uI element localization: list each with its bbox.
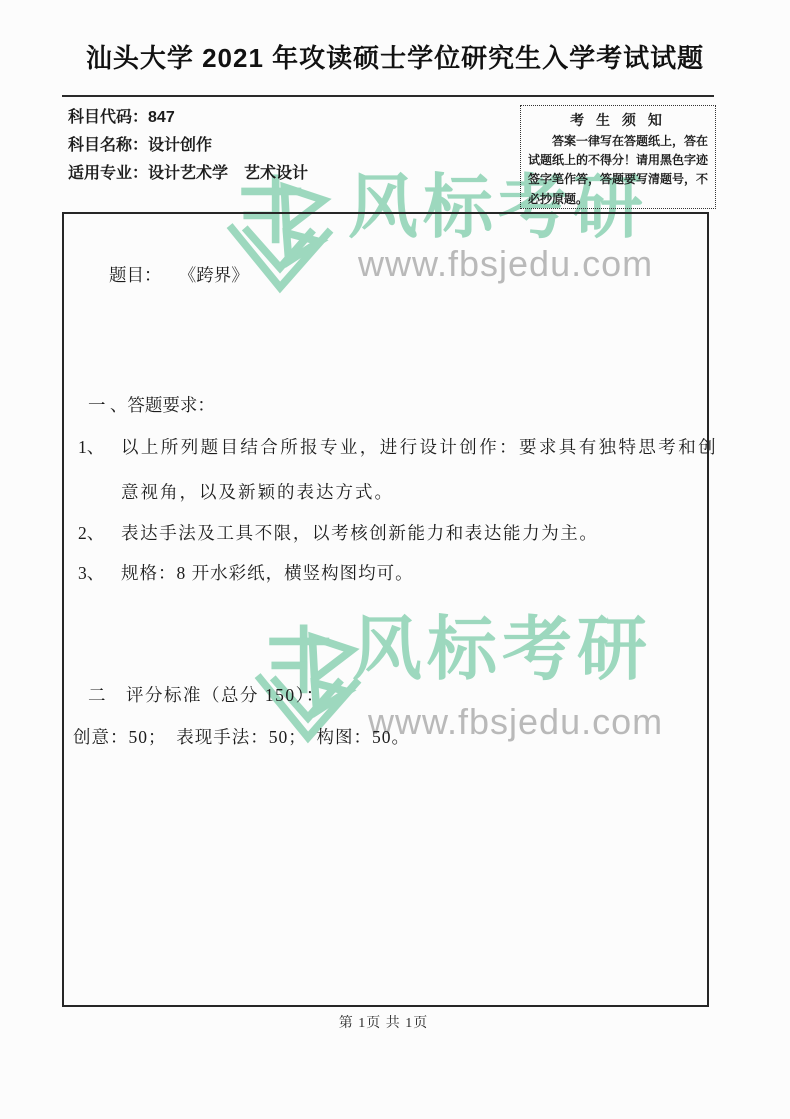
question-label: 题目： xyxy=(109,265,162,285)
notice-body: 答案一律写在答题纸上，答在试题纸上的不得分！请用黑色字迹签字笔作答，答题要写清题… xyxy=(528,132,708,209)
candidate-notice-box: 考 生 须 知 答案一律写在答题纸上，答在试题纸上的不得分！请用黑色字迹签字笔作… xyxy=(520,105,716,209)
applicable-major-value: 设计艺术学 艺术设计 xyxy=(148,165,308,182)
exam-content-box: 题目：《跨界》 一 、答题要求： 1、 以上所列题目结合所报专业，进行设计创作：… xyxy=(62,212,709,1007)
subject-code-line: 科目代码：847 xyxy=(68,104,308,132)
subject-name-label: 科目名称： xyxy=(68,137,148,154)
subject-code-label: 科目代码： xyxy=(68,109,148,126)
question-title: 《跨界》 xyxy=(188,265,249,285)
item1-number: 1、 xyxy=(78,434,104,459)
item2-number: 2、 xyxy=(78,520,104,545)
item3-text: 规格：8 开水彩纸，横竖构图均可。 xyxy=(121,560,414,585)
section1-heading: 一 、答题要求： xyxy=(88,392,215,417)
notice-title: 考 生 须 知 xyxy=(528,110,708,130)
item3-number: 3、 xyxy=(78,560,104,585)
title-divider xyxy=(62,95,714,97)
subject-name-line: 科目名称：设计创作 xyxy=(68,132,308,160)
subject-code-value: 847 xyxy=(148,109,175,126)
subject-name-value: 设计创作 xyxy=(148,137,212,154)
score-breakdown: 创意：50； 表现手法：50； 构图：50。 xyxy=(73,724,410,749)
question-line: 题目：《跨界》 xyxy=(109,262,249,287)
page-title: 汕头大学 2021 年攻读硕士学位研究生入学考试试题 xyxy=(0,38,790,75)
item2-text: 表达手法及工具不限，以考核创新能力和表达能力为主。 xyxy=(121,520,599,545)
item1-text-line2: 意视角，以及新颖的表达方式。 xyxy=(121,479,394,504)
applicable-major-line: 适用专业：设计艺术学 艺术设计 xyxy=(68,160,308,188)
applicable-major-label: 适用专业： xyxy=(68,165,148,182)
item1-text-line1: 以上所列题目结合所报专业，进行设计创作：要求具有独特思考和创 xyxy=(121,434,718,459)
section2-heading: 二 评分标准（总分 150）： xyxy=(88,682,325,707)
page-number: 第 1页 共 1页 xyxy=(62,1012,705,1032)
subject-meta: 科目代码：847 科目名称：设计创作 适用专业：设计艺术学 艺术设计 xyxy=(68,104,308,188)
